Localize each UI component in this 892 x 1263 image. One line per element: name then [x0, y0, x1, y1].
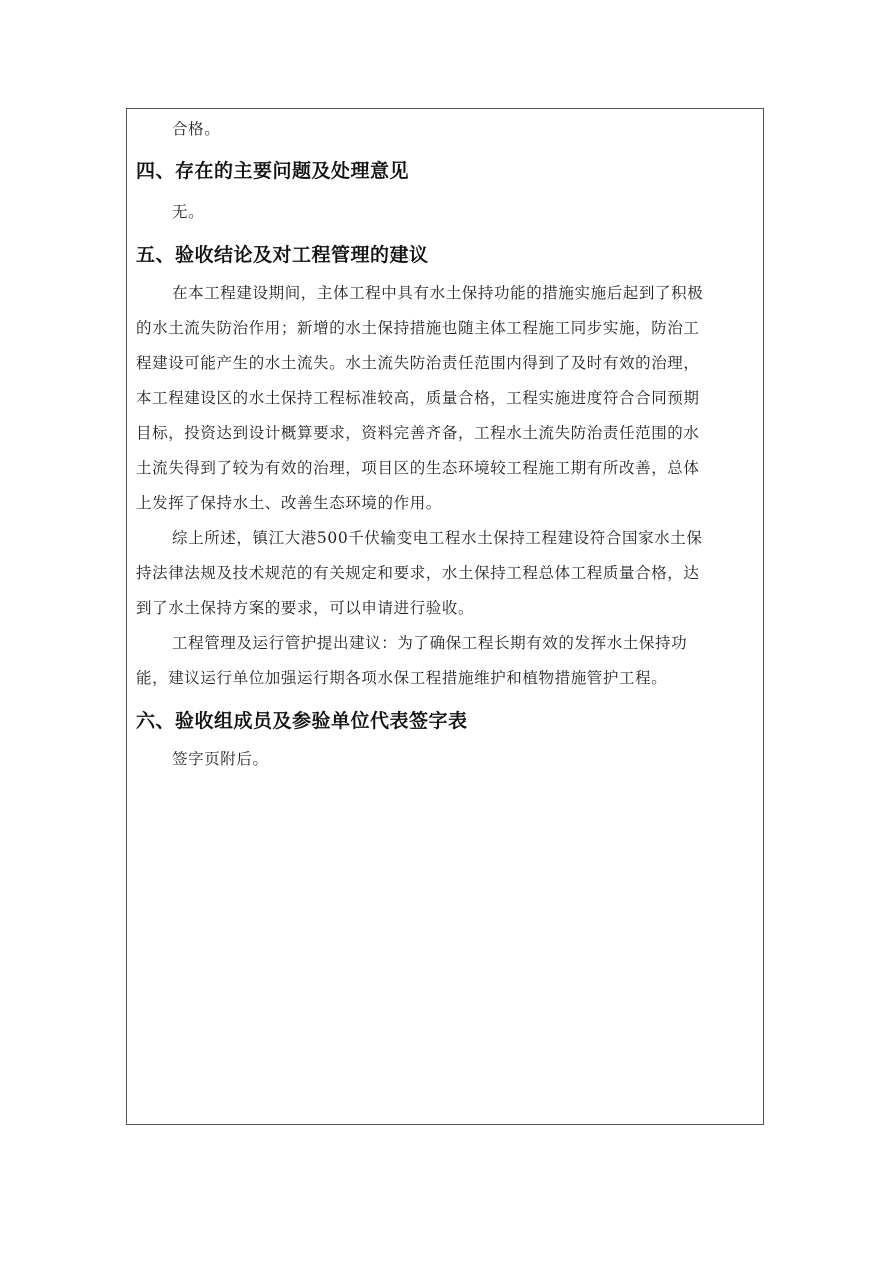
paragraph-line: 到了水土保持方案的要求，可以申请进行验收。	[136, 596, 474, 618]
paragraph-line: 本工程建设区的水土保持工程标准较高，质量合格，工程实施进度符合合同预期	[136, 386, 700, 408]
paragraph-line: 持法律法规及技术规范的有关规定和要求，水土保持工程总体工程质量合格，达	[136, 561, 700, 583]
paragraph-line: 土流失得到了较为有效的治理，项目区的生态环境较工程施工期有所改善，总体	[136, 456, 700, 478]
paragraph-line: 程建设可能产生的水土流失。水土流失防治责任范围内得到了及时有效的治理，	[136, 351, 700, 373]
paragraph-line: 工程管理及运行管护提出建议：为了确保工程长期有效的发挥水土保持功	[172, 631, 687, 653]
carryover-text: 合格。	[172, 117, 220, 139]
section-5-heading: 五、验收结论及对工程管理的建议	[136, 240, 429, 267]
paragraph-line: 目标，投资达到设计概算要求，资料完善齐备，工程水土流失防治责任范围的水	[136, 421, 700, 443]
section-6-text: 签字页附后。	[172, 747, 269, 769]
section-4-text: 无。	[172, 200, 204, 222]
paragraph-line: 上发挥了保持水土、改善生态环境的作用。	[136, 491, 442, 513]
paragraph-line: 在本工程建设期间，主体工程中具有水土保持功能的措施实施后起到了积极	[172, 281, 703, 303]
paragraph-line: 的水土流失防治作用；新增的水土保持措施也随主体工程施工同步实施，防治工	[136, 316, 700, 338]
paragraph-line: 综上所述，镇江大港500千伏输变电工程水土保持工程建设符合国家水土保	[172, 526, 703, 548]
paragraph-line: 能，建议运行单位加强运行期各项水保工程措施维护和植物措施管护工程。	[136, 666, 667, 688]
section-4-heading: 四、存在的主要问题及处理意见	[136, 156, 409, 183]
section-6-heading: 六、验收组成员及参验单位代表签字表	[136, 706, 468, 733]
